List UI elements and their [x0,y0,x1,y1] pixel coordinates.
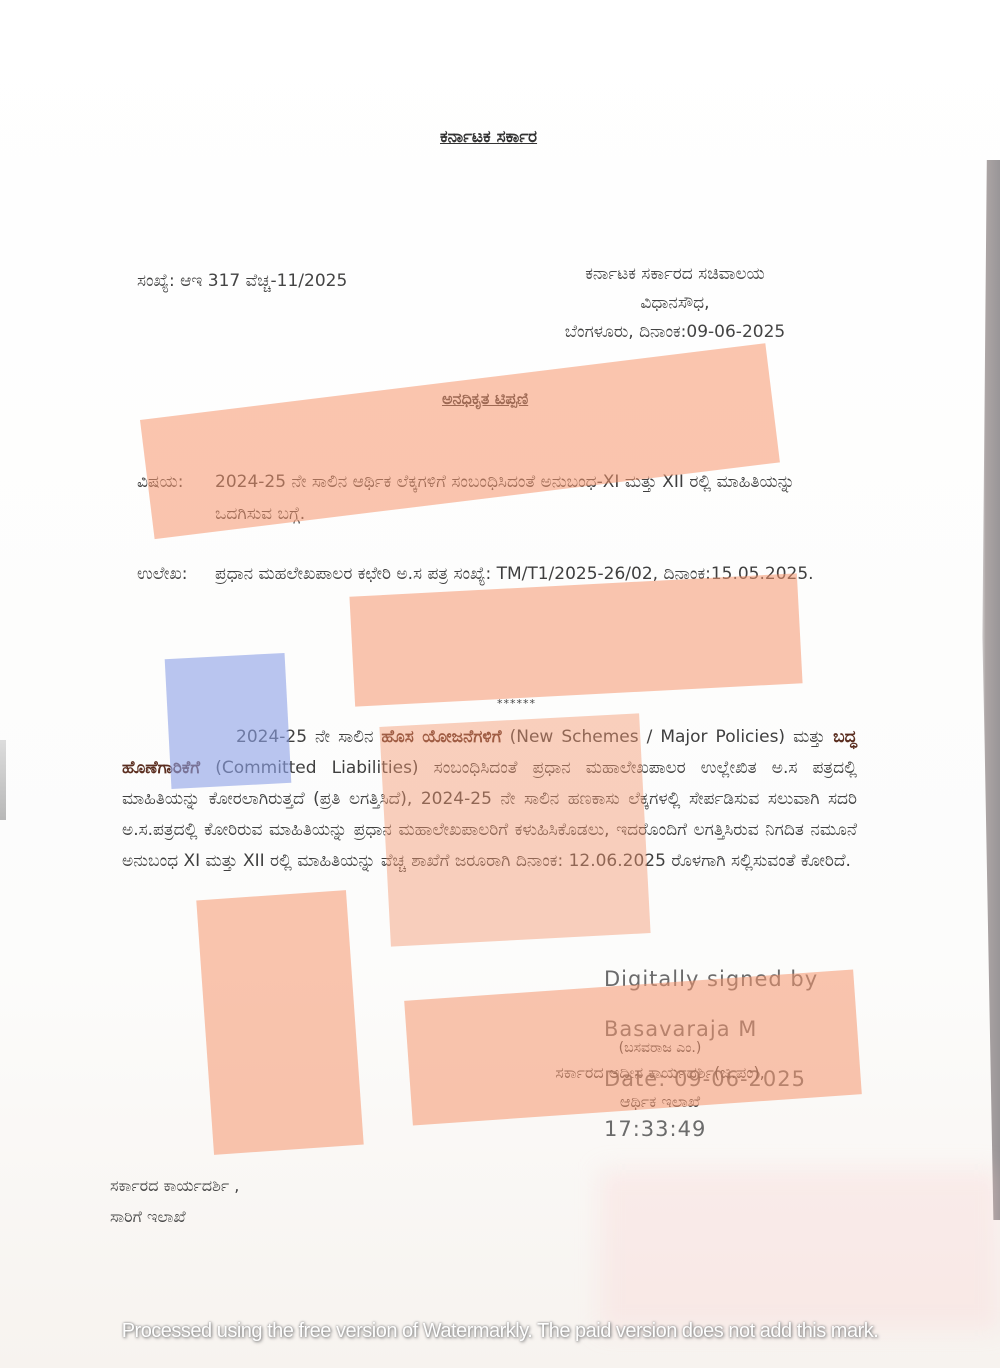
reference-text: ಪ್ರಧಾನ ಮಹಲೇಖಪಾಲರ ಕಛೇರಿ ಅ.ಸ ಪತ್ರ ಸಂಖ್ಯೆ: … [215,558,835,590]
body-bold-text: ಹೊಸ ಯೋಜನೆಗಳಿಗೆ [381,727,501,747]
document-header-title: ಕರ್ನಾಟಕ ಸರ್ಕಾರ [440,127,537,147]
section-separator: ****** [497,697,536,710]
note-title: ಅನಧಿಕೃತ ಟಿಪ್ಪಣಿ [442,389,528,409]
digital-signature-line: Digitally signed by [604,967,818,992]
recipient-line-1: ಸರ್ಕಾರದ ಕಾರ್ಯದರ್ಶಿ , [110,1170,239,1201]
subject-text: 2024-25 ನೇ ಸಾಲಿನ ಆರ್ಥಿಕ ಲೆಕ್ಕಗಳಿಗೆ ಸಂಬಂಧ… [215,466,835,530]
body-text: (Committed Liabilities) ಸಂಬಂಧಿಸಿದಂತೆ ಪ್ರ… [122,758,857,871]
stain-overlay [600,1170,1000,1330]
recipient-block: ಸರ್ಕಾರದ ಕಾರ್ಯದರ್ಶಿ , ಸಾರಿಗೆ ಇಲಾಖೆ [110,1170,239,1232]
signer-block: (ಬಸವರಾಜ ಎಂ.) ಸರ್ಕಾರದ ಅಧೀನ ಕಾರ್ಯದರ್ಶಿ(ಜಿ.… [490,1038,830,1116]
highlight-overlay [196,890,363,1155]
subject-label: ವಿಷಯ: [137,466,183,498]
address-line-3-date: ಬೆಂಗಳೂರು, ದಿನಾಂಕ:09-06-2025 [540,318,810,347]
address-line-1: ಕರ್ನಾಟಕ ಸರ್ಕಾರದ ಸಚಿವಾಲಯ [540,260,810,289]
digital-signature-time: 17:33:49 [604,1117,818,1142]
reference-number: ಸಂಖ್ಯೆ: ಆಇ 317 ವೆಚ್ಚ-11/2025 [137,271,347,291]
signer-department: ಆರ್ಥಿಕ ಇಲಾಖೆ [490,1087,830,1116]
body-text: (New Schemes / Major Policies) ಮತ್ತು [502,727,834,747]
recipient-line-2: ಸಾರಿಗೆ ಇಲಾಖೆ [110,1201,239,1232]
signer-designation: ಸರ್ಕಾರದ ಅಧೀನ ಕಾರ್ಯದರ್ಶಿ(ಜಿ.ಪಂ), [490,1058,830,1087]
watermark-text: Processed using the free version of Wate… [0,1320,1000,1343]
reference-label: ಉಲೇಖ: [137,558,187,590]
highlight-overlay [349,573,802,706]
document-page: ಕರ್ನಾಟಕ ಸರ್ಕಾರ ಸಂಖ್ಯೆ: ಆಇ 317 ವೆಚ್ಚ-11/2… [0,0,1000,1368]
body-text: 2024-25 ನೇ ಸಾಲಿನ [236,727,381,747]
page-edge-shadow-left [0,740,6,820]
signer-name: (ಬಸವರಾಜ ಎಂ.) [490,1038,830,1058]
page-edge-shadow [978,160,1000,1220]
sender-address: ಕರ್ನಾಟಕ ಸರ್ಕಾರದ ಸಚಿವಾಲಯ ವಿಧಾನಸೌಧ, ಬೆಂಗಳೂ… [540,260,810,347]
address-line-2: ವಿಧಾನಸೌಧ, [540,289,810,318]
body-paragraph: 2024-25 ನೇ ಸಾಲಿನ ಹೊಸ ಯೋಜನೆಗಳಿಗೆ (New Sch… [122,722,857,877]
